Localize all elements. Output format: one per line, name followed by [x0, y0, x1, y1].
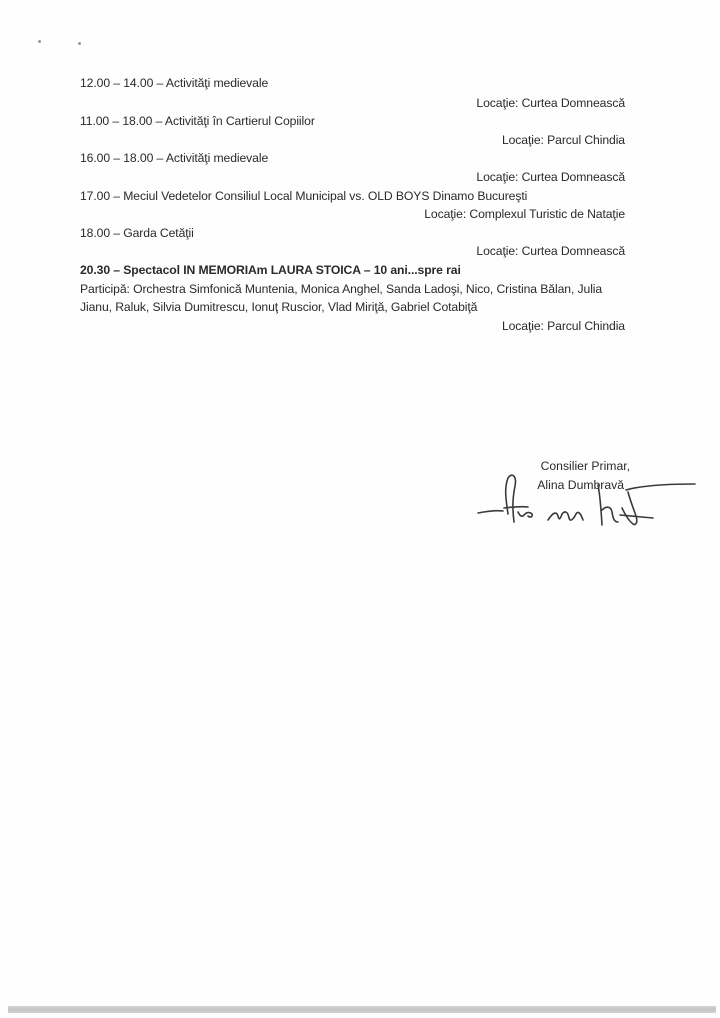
schedule-item-location: Locaţie: Complexul Turistic de Nataţie: [424, 207, 625, 222]
schedule-item-time: 17.00 – Meciul Vedetelor Consiliul Local…: [80, 189, 527, 204]
schedule-item-location: Locaţie: Parcul Chindia: [502, 133, 625, 148]
highlight-event-title: 20.30 – Spectacol IN MEMORIAm LAURA STOI…: [80, 263, 461, 278]
schedule-item-time: 18.00 – Garda Cetăţii: [80, 226, 194, 241]
scan-edge-bar: [8, 1006, 716, 1013]
schedule-item-time: 11.00 – 18.00 – Activităţi în Cartierul …: [80, 114, 315, 129]
scan-speck: [38, 40, 41, 43]
handwritten-signature: [470, 470, 700, 545]
scan-speck: [78, 42, 81, 45]
schedule-item-time: 12.00 – 14.00 – Activităţi medievale: [80, 76, 268, 91]
highlight-event-participants: Jianu, Raluk, Silvia Dumitrescu, Ionuţ R…: [80, 300, 477, 315]
schedule-item-location: Locaţie: Curtea Domnească: [476, 170, 625, 185]
highlight-event-participants: Participă: Orchestra Simfonică Muntenia,…: [80, 282, 602, 297]
highlight-event-location: Locaţie: Parcul Chindia: [502, 319, 625, 334]
schedule-item-location: Locaţie: Curtea Domnească: [476, 244, 625, 259]
schedule-item-time: 16.00 – 18.00 – Activităţi medievale: [80, 151, 268, 166]
schedule-item-location: Locaţie: Curtea Domnească: [476, 96, 625, 111]
document-page: 12.00 – 14.00 – Activităţi medievale Loc…: [0, 0, 720, 1018]
